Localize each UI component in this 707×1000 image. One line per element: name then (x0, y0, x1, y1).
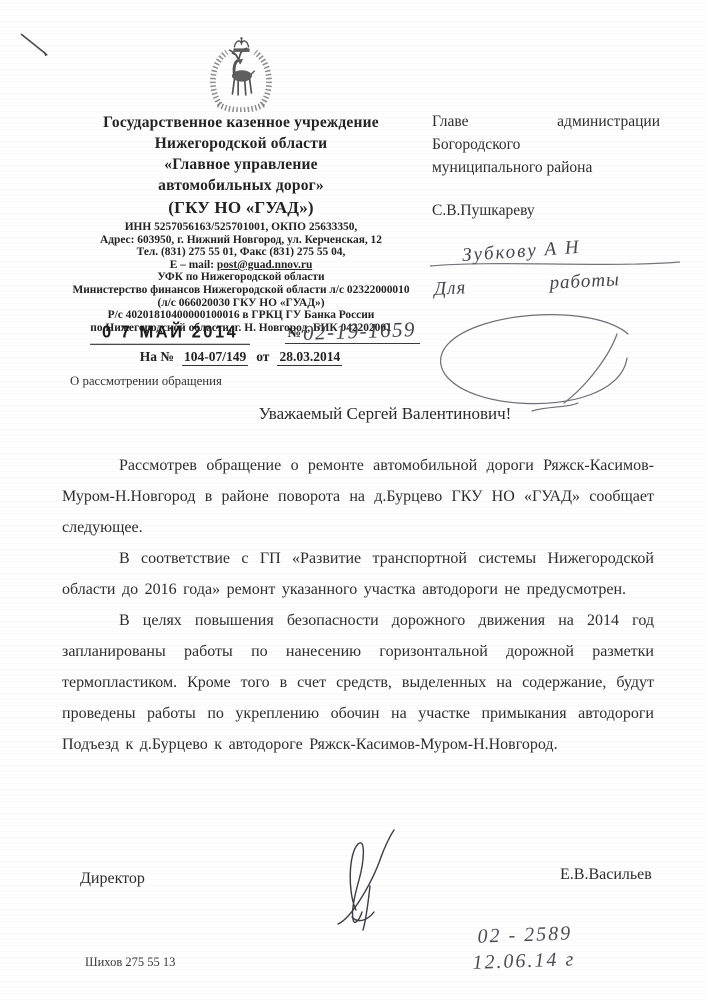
body-paragraph: В целях повышения безопасности дорожного… (62, 605, 654, 760)
org-short-name: (ГКУ НО «ГУАД») (60, 196, 422, 219)
outgoing-number: № 02-19-1659 (285, 321, 420, 344)
reference-number: 104-07/149 (182, 349, 248, 366)
email-label: Е – mail: (170, 259, 214, 271)
resolution-word: работы (549, 269, 620, 295)
coat-of-arms-icon (181, 36, 301, 112)
reference-ot: от (256, 349, 269, 364)
recipient-word: Главе (432, 110, 469, 133)
letterhead: Государственное казенное учреждение Ниже… (60, 36, 422, 334)
body-paragraph: В соответствие с ГП «Развитие транспортн… (62, 543, 654, 605)
org-details-line: ИНН 5257056163/525701001, ОКПО 25633350, (60, 221, 422, 234)
resolution-word: Для (434, 277, 467, 301)
crown-icon (233, 37, 249, 51)
pen-mark (18, 30, 54, 62)
deer-icon (230, 48, 255, 95)
registration-note: 02 - 2589 12.06.14 г (477, 920, 576, 975)
recipient-line: муниципального района (432, 156, 660, 179)
recipient-block: Главе администрации Богородского муницип… (432, 110, 660, 222)
org-details-line: Адрес: 603950, г. Нижний Новгород, ул. К… (60, 234, 422, 247)
org-details-line: (л/с 066020030 ГКУ НО «ГУАД») (60, 297, 422, 310)
org-email-line: Е – mail: post@guad.nnov.ru (60, 259, 422, 272)
letter-body: Рассмотрев обращение о ремонте автомобил… (62, 450, 654, 760)
registration-row: 0 7 МАЙ 2014 № 02-19-1659 (60, 321, 422, 344)
recipient-name: С.В.Пушкареву (432, 199, 660, 222)
org-details: ИНН 5257056163/525701001, ОКПО 25633350,… (60, 221, 422, 334)
reference-prefix: На № (140, 349, 174, 364)
number-sign: № (287, 324, 301, 342)
date-stamp: 0 7 МАЙ 2014 (90, 322, 250, 345)
recipient-line: Главе администрации (432, 110, 660, 133)
scanned-letter-page: Государственное казенное учреждение Ниже… (0, 0, 707, 1000)
body-paragraph: Рассмотрев обращение о ремонте автомобил… (62, 450, 654, 543)
recipient-word: администрации (557, 110, 660, 133)
resolution-note: Зубкову А Н Для работы (428, 238, 698, 420)
outgoing-number-handwritten: 02-19-1659 (303, 319, 417, 344)
resolution-flourish (414, 298, 698, 420)
org-name-line: Государственное казенное учреждение (60, 112, 422, 133)
signature-title: Директор (80, 870, 145, 888)
salutation: Уважаемый Сергей Валентинович! (62, 404, 650, 424)
resolution-text: Для работы (434, 269, 621, 301)
reference-date: 28.03.2014 (277, 349, 342, 366)
org-name-line: «Главное управление (60, 154, 422, 175)
org-name-line: автомобильных дорог» (60, 175, 422, 196)
registration-date: 12.06.14 г (472, 946, 576, 976)
signature-autograph (318, 826, 404, 932)
executor-line: Шихов 275 55 13 (85, 955, 175, 970)
signature-name: Е.В.Васильев (560, 866, 652, 884)
registration-number: 02 - 2589 (477, 920, 575, 949)
org-details-line: Министерство финансов Нижегородской обла… (60, 284, 422, 297)
email-address: post@guad.nnov.ru (217, 259, 312, 271)
subject-line: О рассмотрении обращения (70, 374, 222, 389)
org-details-line: Тел. (831) 275 55 01, Факс (831) 275 55 … (60, 246, 422, 259)
reference-line: На №104-07/149от28.03.2014 (60, 349, 422, 365)
org-details-line: УФК по Нижегородской области (60, 271, 422, 284)
org-name-line: Нижегородской области (60, 133, 422, 154)
recipient-line: Богородского (432, 133, 660, 156)
